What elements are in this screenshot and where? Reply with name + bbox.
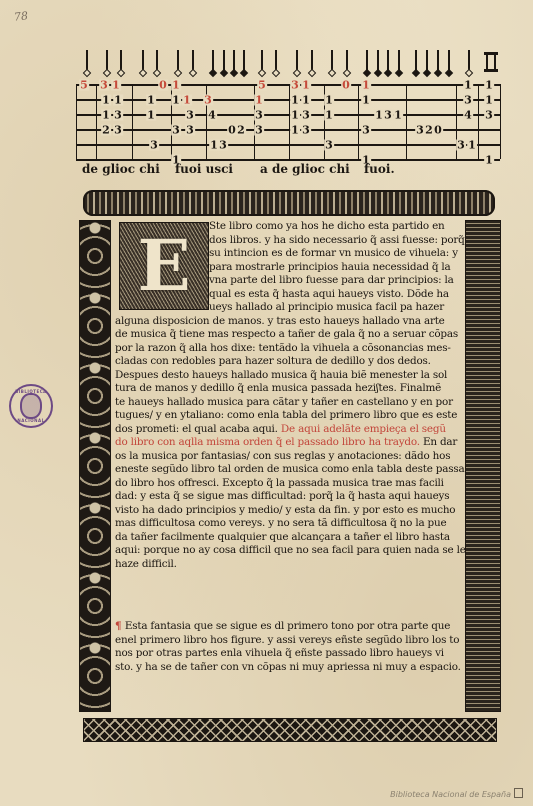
filled-note-icon (230, 69, 238, 77)
double-bar-icon (484, 52, 498, 72)
body-text: cladas con redobles para hazer soltura d… (115, 355, 431, 367)
library-watermark: Biblioteca Nacional de España (390, 788, 523, 799)
open-note-icon (174, 69, 182, 77)
rubric-text: De aqui adelãte empieça el segũ (281, 423, 446, 435)
text-line: su intincion es de formar vn musico de v… (115, 247, 465, 261)
stamp-text-top: BIBLIOTECA (15, 389, 47, 394)
fret-number: 1 (146, 95, 156, 106)
open-note-icon (258, 69, 266, 77)
body-text: vna parte del libro fuesse para dar prin… (209, 274, 454, 286)
body-text: de musica q̃ tiene mas respecto a tañer … (115, 328, 458, 340)
fret-number: 0 (158, 80, 168, 91)
fret-number: 3 (456, 140, 466, 151)
body-text: tugues/ y en ytaliano: como enla tabla d… (115, 409, 457, 421)
filled-note-icon (423, 69, 431, 77)
fret-number: 1 (182, 95, 192, 106)
barline (500, 84, 501, 159)
fret-number: 1 (361, 95, 371, 106)
fret-number: 3 (99, 80, 109, 91)
ornamental-border-top (83, 190, 495, 216)
open-note-icon (83, 69, 91, 77)
fret-number: 5 (257, 80, 267, 91)
fret-number: 4 (463, 110, 473, 121)
fret-number: 3 (113, 125, 123, 136)
body-text: nos por otras partes enla vihuela q̃ eñs… (115, 647, 444, 659)
text-line: vna parte del libro fuesse para dar prin… (115, 274, 465, 288)
tablature-lyrics: de glioc chifuoi uscia de glioc chifuoi. (76, 162, 500, 178)
body-text: aqui: porque no ay cosa difficil que no … (115, 544, 465, 556)
body-text: En dar (420, 436, 457, 448)
text-line: alguna disposicion de manos. y tras esto… (115, 315, 465, 329)
open-note-icon (293, 69, 301, 77)
body-text: su intincion es de formar vn musico de v… (209, 247, 458, 259)
body-text: sto. y ha se de tañer con vn cõpas ni mu… (115, 661, 461, 673)
fret-number: 1 (101, 95, 111, 106)
text-line: Ste libro como ya hos he dicho esta part… (115, 220, 465, 234)
fret-number: 1 (101, 110, 111, 121)
library-stamp-icon: BIBLIOTECA NACIONAL (9, 384, 53, 428)
filled-note-icon (363, 69, 371, 77)
text-line: dos prometi: el qual acaba aqui. De aqui… (115, 423, 465, 437)
main-text-block: Ste libro como ya hos he dicho esta part… (115, 220, 465, 571)
stamp-text-bottom: NACIONAL (17, 418, 44, 423)
fret-number: 1 (324, 95, 334, 106)
barline (96, 84, 97, 159)
body-text: eneste segũdo libro tal orden de musica … (115, 463, 465, 475)
open-note-icon (343, 69, 351, 77)
body-text: Esta fantasia que se sigue es dl primero… (125, 620, 450, 632)
tab-string-line (76, 114, 500, 116)
open-note-icon (189, 69, 197, 77)
fret-number: 3 (254, 125, 264, 136)
body-text: os la musica por fantasias/ con sus regl… (115, 450, 450, 462)
lyric-syllables: a de glioc chi (260, 162, 350, 176)
body-text: tura de manos y dedillo q̃ enla musica p… (115, 382, 441, 394)
fret-number: 1 (484, 95, 494, 106)
body-text: alguna disposicion de manos. y tras esto… (115, 315, 445, 327)
text-line: cladas con redobles para hazer soltura d… (115, 355, 465, 369)
filled-note-icon (445, 69, 453, 77)
watermark-text: Biblioteca Nacional de España (390, 790, 511, 799)
fret-number: 3 (218, 140, 228, 151)
fret-number: 1 (484, 80, 494, 91)
text-line: ¶ Esta fantasia que se sigue es dl prime… (115, 620, 465, 634)
fret-number: 1 (324, 110, 334, 121)
body-text: por la razon q̃ alla hos dixe: tentãdo l… (115, 342, 451, 354)
body-text: ueys hallado al principio musica facil p… (209, 301, 444, 313)
body-text: te haueys hallado musica para cãtar y ta… (115, 396, 453, 408)
fret-number: 1 (254, 95, 264, 106)
text-line: eneste segũdo libro tal orden de musica … (115, 463, 465, 477)
fret-number: 3 (361, 125, 371, 136)
text-line: os la musica por fantasias/ con sus regl… (115, 450, 465, 464)
text-line: por la razon q̃ alla hos dixe: tentãdo l… (115, 342, 465, 356)
text-line: qual es esta q̃ hasta aqui haueys visto.… (115, 288, 465, 302)
woodcut-frame: E Ste libro como ya hos he dicho esta pa… (79, 190, 501, 742)
open-note-icon (272, 69, 280, 77)
fret-number: 1 (463, 80, 473, 91)
text-line: ueys hallado al principio musica facil p… (115, 301, 465, 315)
ornamental-border-left (79, 220, 111, 712)
open-note-icon (117, 69, 125, 77)
tab-string-line (76, 159, 500, 161)
lyric-syllables: fuoi usci (175, 162, 233, 176)
body-text: dad: y esta q̃ se sigue mas difficultad:… (115, 490, 449, 502)
tab-string-line (76, 99, 500, 101)
text-line: sto. y ha se de tañer con vn cõpas ni mu… (115, 661, 465, 675)
text-line: de musica q̃ tiene mas respecto a tañer … (115, 328, 465, 342)
filled-note-icon (374, 69, 382, 77)
filled-note-icon (434, 69, 442, 77)
fret-number: 1 (361, 80, 371, 91)
fret-number: 5 (79, 80, 89, 91)
body-text: enel primero libro hos figure. y assi ve… (115, 634, 459, 646)
body-text: Ste libro como ya hos he dicho esta part… (209, 220, 445, 232)
barline (358, 84, 359, 159)
fret-number: 3 (290, 80, 300, 91)
filled-note-icon (220, 69, 228, 77)
text-line: tura de manos y dedillo q̃ enla musica p… (115, 382, 465, 396)
text-line: do libro con aqlla misma orden q̃ el pas… (115, 436, 465, 450)
fantasia-note: ¶ Esta fantasia que se sigue es dl prime… (115, 620, 465, 674)
fret-number: 1 (301, 95, 311, 106)
text-line: Despues desto haueys hallado musica q̃ h… (115, 369, 465, 383)
text-line: haze difficil. (115, 558, 465, 572)
fret-number: 3 (301, 125, 311, 136)
fret-number: 3 (484, 110, 494, 121)
fret-number: 3 (185, 110, 195, 121)
fret-number: 1 (301, 80, 311, 91)
fret-number: 1 (467, 140, 477, 151)
open-note-icon (103, 69, 111, 77)
tab-string-line (76, 84, 500, 86)
body-text: do libro hos offresci. Excepto q̃ la pas… (115, 477, 444, 489)
fret-number: 1 (113, 95, 123, 106)
text-line: do libro hos offresci. Excepto q̃ la pas… (115, 477, 465, 491)
fret-number: 3 (383, 110, 393, 121)
fret-number: 3 (324, 140, 334, 151)
text-line: da tañer facilmente qualquier que alcanç… (115, 531, 465, 545)
body-text: Despues desto haueys hallado musica q̃ h… (115, 369, 447, 381)
text-line: nos por otras partes enla vihuela q̃ eñs… (115, 647, 465, 661)
body-text: mas difficultosa como vereys. y no sera … (115, 517, 446, 529)
text-line: mas difficultosa como vereys. y no sera … (115, 517, 465, 531)
fret-number: 1 (171, 80, 181, 91)
library-logo-icon (514, 788, 523, 798)
open-note-icon (328, 69, 336, 77)
text-line: visto ha dado principios y medio/ y esta… (115, 504, 465, 518)
body-text: visto ha dado principios y medio/ y esta… (115, 504, 455, 516)
body-text: dos libros. y ha sido necessario q̃ assi… (209, 234, 465, 246)
lute-tablature: 5311113231103111333134130251333111131311… (76, 46, 500, 176)
fret-number: 1 (290, 110, 300, 121)
filled-note-icon (412, 69, 420, 77)
text-line: dad: y esta q̃ se sigue mas difficultad:… (115, 490, 465, 504)
body-text: para mostrarle principios hauia necessid… (209, 261, 451, 273)
fret-number: 4 (207, 110, 217, 121)
fret-number: 3 (171, 125, 181, 136)
text-line: para mostrarle principios hauia necessid… (115, 261, 465, 275)
tab-string-line (76, 144, 500, 146)
barline (478, 84, 479, 159)
fret-number: 1 (290, 95, 300, 106)
barline (76, 84, 77, 159)
open-note-icon (308, 69, 316, 77)
body-text: dos prometi: el qual acaba aqui. (115, 423, 281, 435)
fret-number: 1 (171, 95, 181, 106)
fret-number: 2 (236, 125, 246, 136)
fret-number: 0 (341, 80, 351, 91)
open-note-icon (153, 69, 161, 77)
fret-number: 3 (463, 95, 473, 106)
body-text: da tañer facilmente qualquier que alcanç… (115, 531, 450, 543)
barline (406, 84, 407, 159)
tablature-staff: 5311113231103111333134130251333111131311… (76, 84, 500, 159)
filled-note-icon (395, 69, 403, 77)
filled-note-icon (209, 69, 217, 77)
text-line: dos libros. y ha sido necessario q̃ assi… (115, 234, 465, 248)
fret-number: 1 (393, 110, 403, 121)
fret-number: 1 (111, 80, 121, 91)
fret-number: 2 (101, 125, 111, 136)
text-line: aqui: porque no ay cosa difficil que no … (115, 544, 465, 558)
text-line: enel primero libro hos figure. y assi ve… (115, 634, 465, 648)
body-text: haze difficil. (115, 558, 177, 570)
body-text: qual es esta q̃ hasta aqui haueys visto.… (209, 288, 449, 300)
fret-number: 3 (203, 95, 213, 106)
filled-note-icon (384, 69, 392, 77)
crown-shield-icon (20, 393, 42, 419)
folio-number: 78 (13, 9, 28, 23)
ornamental-border-right (465, 220, 501, 712)
rubric-text: do libro con aqlla misma orden q̃ el pas… (115, 436, 420, 448)
text-line: te haueys hallado musica para cãtar y ta… (115, 396, 465, 410)
open-note-icon (465, 69, 473, 77)
rhythm-signs (76, 46, 500, 86)
fret-number: 0 (433, 125, 443, 136)
fret-number: 3 (254, 110, 264, 121)
open-note-icon (139, 69, 147, 77)
fret-number: 3 (113, 110, 123, 121)
lyric-syllables: fuoi. (364, 162, 395, 176)
barline (132, 84, 133, 159)
fret-number: 1 (146, 110, 156, 121)
pilcrow-icon: ¶ (115, 620, 125, 632)
fret-number: 1 (290, 125, 300, 136)
fret-number: 3 (185, 125, 195, 136)
fret-number: 3 (149, 140, 159, 151)
fret-number: 3 (301, 110, 311, 121)
ornamental-border-bottom (83, 718, 497, 742)
filled-note-icon (240, 69, 248, 77)
lyric-syllables: de glioc chi (82, 162, 160, 176)
text-line: tugues/ y en ytaliano: como enla tabla d… (115, 409, 465, 423)
